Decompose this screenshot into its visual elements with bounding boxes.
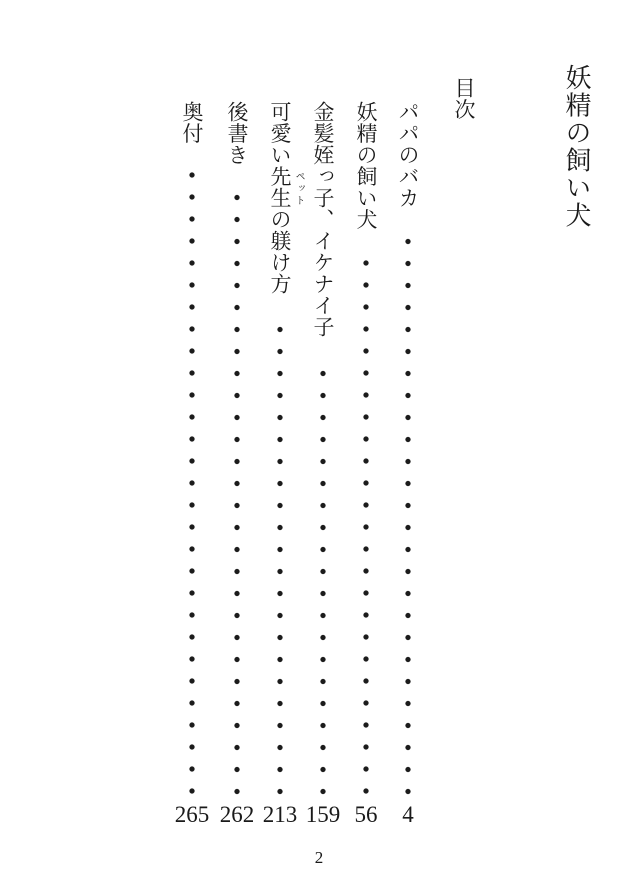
toc-entry: 可愛い先生の躾け方 ペット 213 — [265, 101, 295, 828]
entry-page-number: 56 — [355, 802, 378, 828]
toc-entry: パパのバカ 4 — [393, 101, 423, 828]
folio-page-number: 2 — [295, 848, 343, 868]
toc-entry: 金髪姪っ子、イケナイ子 159 — [308, 101, 338, 828]
entry-page-number: 262 — [220, 802, 255, 828]
entry-title: パパのバカ — [393, 101, 423, 209]
toc-page: 妖精の飼い犬 目次 パパのバカ 4 妖精の飼い犬 56 金髪姪っ子、イケナイ子 … — [0, 0, 621, 875]
entry-page-number: 159 — [306, 802, 341, 828]
furigana-label: ペット — [292, 171, 304, 207]
toc-entry: 奥付 265 — [177, 101, 207, 828]
entry-page-number: 213 — [263, 802, 298, 828]
dot-leader — [222, 184, 252, 803]
entry-title: 金髪姪っ子、イケナイ子 — [308, 101, 338, 338]
dot-leader — [177, 162, 207, 802]
dot-leader — [351, 248, 381, 802]
toc-entry: 妖精の飼い犬 56 — [351, 101, 381, 828]
entry-title: 奥付 — [177, 101, 207, 144]
entry-page-number: 265 — [175, 802, 210, 828]
dot-leader — [393, 227, 423, 803]
entry-title: 後書き — [222, 101, 252, 166]
toc-entry: 後書き 262 — [222, 101, 252, 828]
dot-leader — [265, 313, 295, 803]
entry-title: 可愛い先生の躾け方 — [265, 101, 295, 295]
entry-title: 妖精の飼い犬 — [351, 101, 381, 230]
dot-leader — [308, 356, 338, 803]
entry-page-number: 4 — [402, 802, 414, 828]
book-title: 妖精の飼い犬 — [559, 64, 593, 229]
toc-heading: 目次 — [449, 77, 479, 120]
